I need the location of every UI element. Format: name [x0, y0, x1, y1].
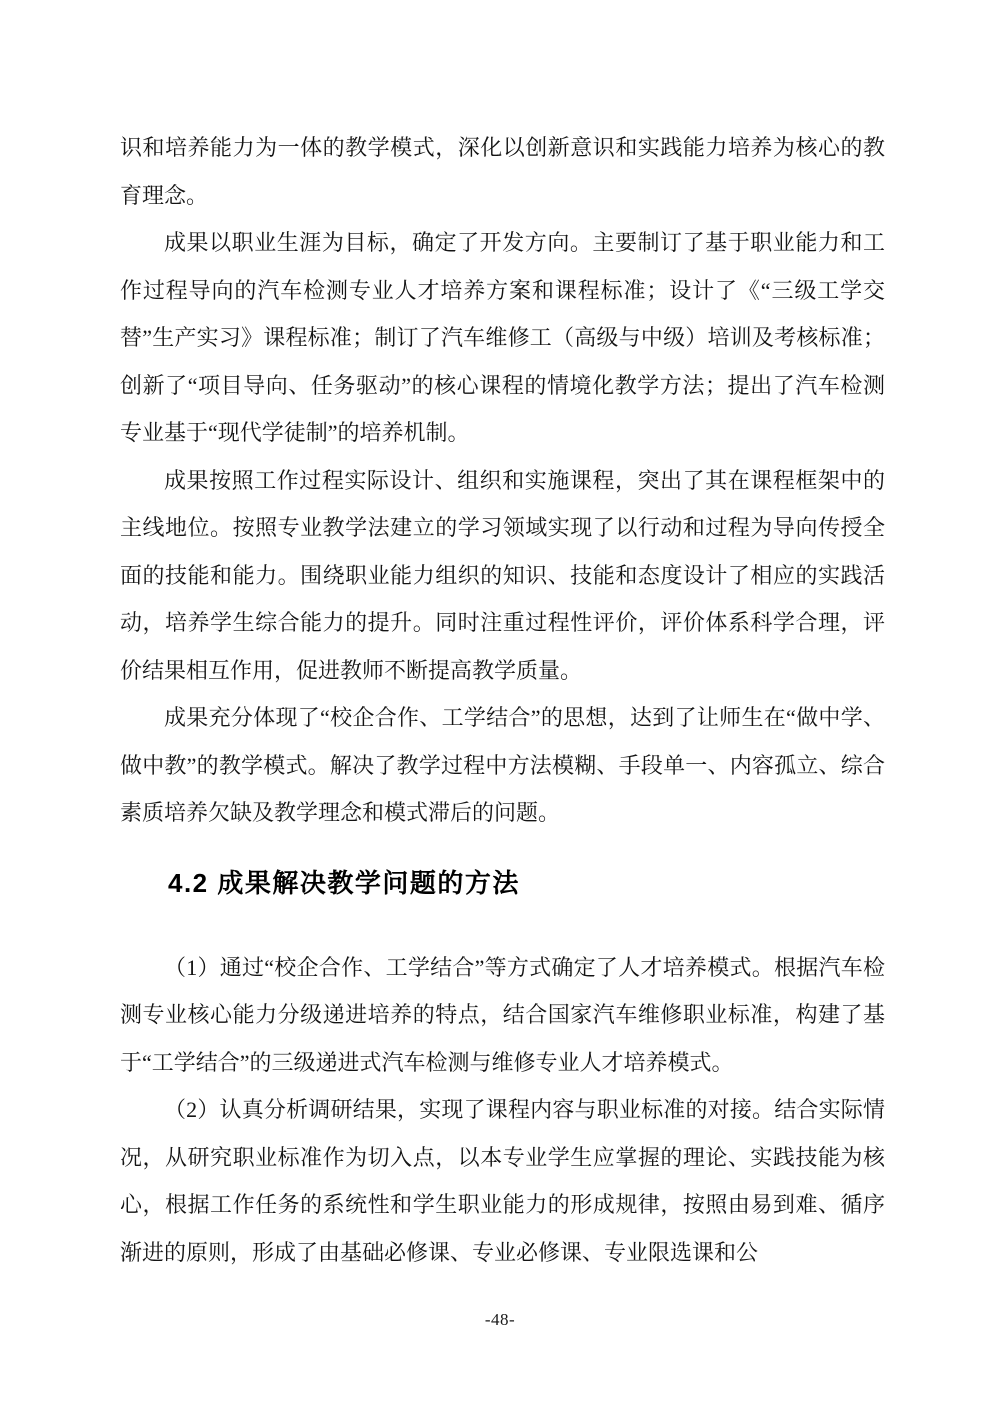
section-heading: 4.2 成果解决教学问题的方法 — [168, 868, 885, 898]
paragraph-continuation: 识和培养能力为一体的教学模式，深化以创新意识和实践能力培养为核心的教育理念。 — [120, 124, 885, 219]
paragraph: （1）通过“校企合作、工学结合”等方式确定了人才培养模式。根据汽车检测专业核心能… — [120, 944, 885, 1087]
paragraph: 成果按照工作过程实际设计、组织和实施课程，突出了其在课程框架中的主线地位。按照专… — [120, 457, 885, 695]
paragraph: （2）认真分析调研结果，实现了课程内容与职业标准的对接。结合实际情况，从研究职业… — [120, 1086, 885, 1276]
body-text: 识和培养能力为一体的教学模式，深化以创新意识和实践能力培养为核心的教育理念。 成… — [120, 0, 885, 1276]
paragraph: 成果充分体现了“校企合作、工学结合”的思想，达到了让师生在“做中学、做中教”的教… — [120, 694, 885, 837]
page-number: -48- — [0, 1310, 1000, 1330]
page-content: 识和培养能力为一体的教学模式，深化以创新意识和实践能力培养为核心的教育理念。 成… — [120, 0, 885, 1276]
paragraph: 成果以职业生涯为目标，确定了开发方向。主要制订了基于职业能力和工作过程导向的汽车… — [120, 219, 885, 457]
document-page: 识和培养能力为一体的教学模式，深化以创新意识和实践能力培养为核心的教育理念。 成… — [0, 0, 1000, 1414]
